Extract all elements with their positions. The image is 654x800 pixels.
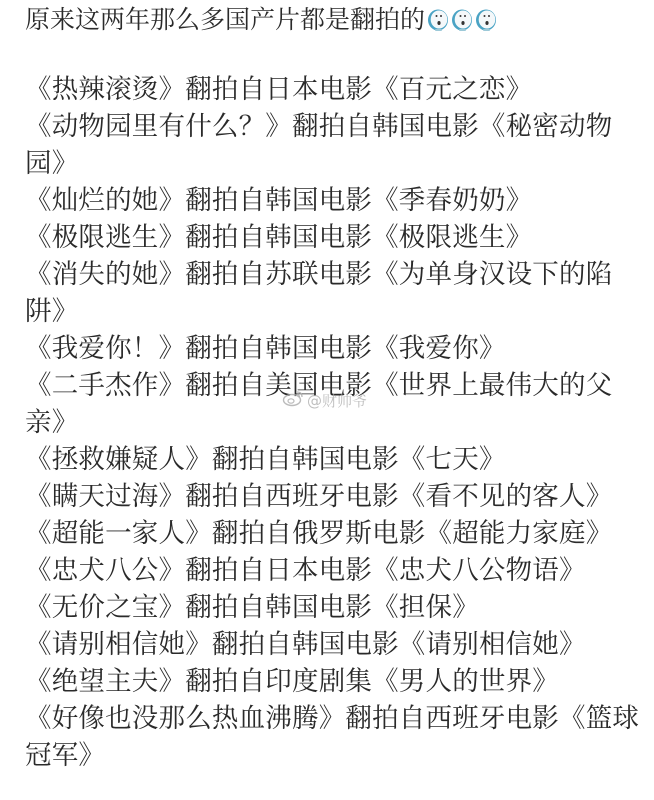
post-title: 原来这两年那么多国产片都是翻拍的 [25,4,425,36]
list-item: 《瞒天过海》翻拍自西班牙电影《看不见的客人》 [25,478,645,515]
emoji-group [427,8,497,32]
post-body: 原来这两年那么多国产片都是翻拍的 [25,4,645,774]
list-item: 《二手杰作》翻拍自美国电影《世界上最伟大的父亲》 [25,367,645,441]
list-item: 《绝望主夫》翻拍自印度剧集《男人的世界》 [25,663,645,700]
blank-line [25,36,645,71]
remake-list: 《热辣滚烫》翻拍自日本电影《百元之恋》 《动物园里有什么？》翻拍自韩国电影《秘密… [25,71,645,774]
list-item: 《动物园里有什么？》翻拍自韩国电影《秘密动物园》 [25,108,645,182]
list-item: 《超能一家人》翻拍自俄罗斯电影《超能力家庭》 [25,515,645,552]
list-item: 《好像也没那么热血沸腾》翻拍自西班牙电影《篮球冠军》 [25,700,645,774]
list-item: 《极限逃生》翻拍自韩国电影《极限逃生》 [25,219,645,256]
list-item: 《热辣滚烫》翻拍自日本电影《百元之恋》 [25,71,645,108]
list-item: 《请别相信她》翻拍自韩国电影《请别相信她》 [25,626,645,663]
list-item: 《无价之宝》翻拍自韩国电影《担保》 [25,589,645,626]
surprised-face-emoji-icon [427,8,449,32]
list-item: 《拯救嫌疑人》翻拍自韩国电影《七天》 [25,441,645,478]
surprised-face-emoji-icon [451,8,473,32]
surprised-face-emoji-icon [475,8,497,32]
list-item: 《灿烂的她》翻拍自韩国电影《季春奶奶》 [25,182,645,219]
list-item: 《消失的她》翻拍自苏联电影《为单身汉设下的陷阱》 [25,256,645,330]
post-title-line: 原来这两年那么多国产片都是翻拍的 [25,4,645,36]
list-item: 《忠犬八公》翻拍自日本电影《忠犬八公物语》 [25,552,645,589]
list-item: 《我爱你！》翻拍自韩国电影《我爱你》 [25,330,645,367]
